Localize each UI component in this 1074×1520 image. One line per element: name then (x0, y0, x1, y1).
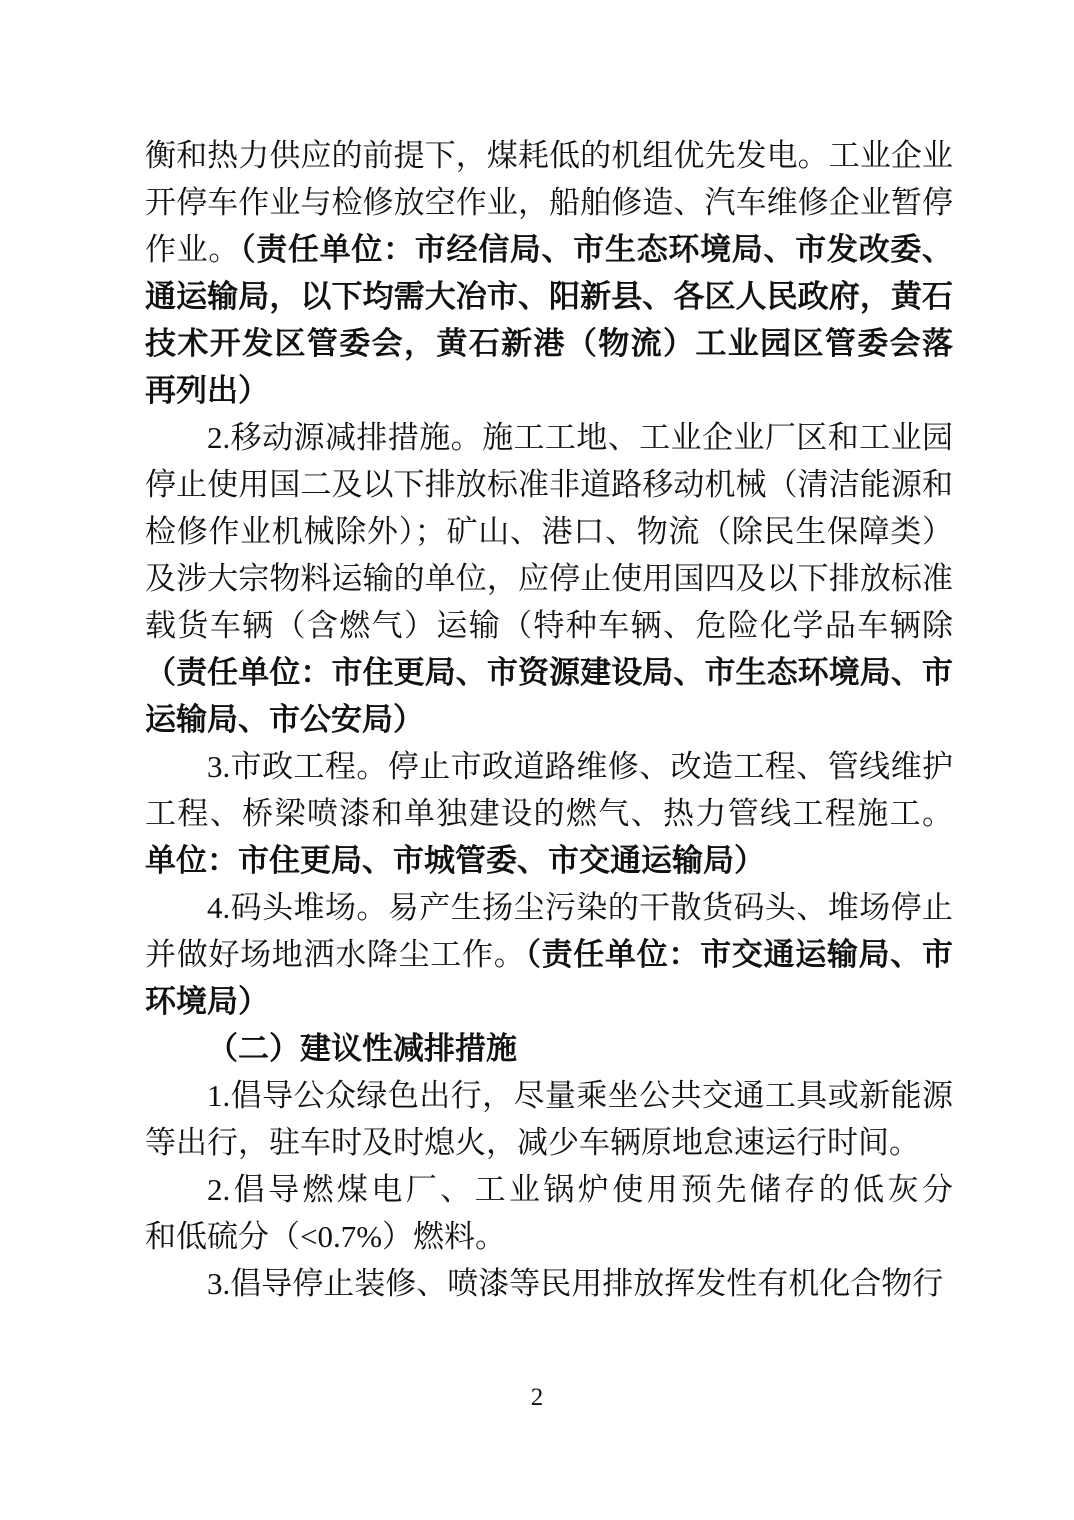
text-line: （责任单位：市住更局、市资源建设局、市生态环境局、市交通 (145, 649, 953, 696)
text-line: 检修作业机械除外）；矿山、港口、物流（除民生保障类）等涉 (145, 508, 953, 555)
text-segment: 作业。 (145, 232, 240, 267)
text-line: 作业。（责任单位：市经信局、市生态环境局、市发改委、市交 (145, 226, 953, 273)
text-segment: 等出行，驻车时及时熄火，减少车辆原地怠速运行时间。 (145, 1125, 920, 1160)
text-segment: （责任单位：市住更局、市资源建设局、市生态环境局、市交通 (145, 655, 953, 696)
text-segment: 及涉大宗物料运输的单位，应停止使用国四及以下排放标准重型 (145, 561, 953, 602)
text-segment: 并做好场地洒水降尘工作。 (145, 937, 525, 972)
text-line: 衡和热力供应的前提下，煤耗低的机组优先发电。工业企业不得 (145, 132, 953, 179)
text-segment: 环境局） (145, 984, 269, 1019)
text-line: 通运输局，以下均需大冶市、阳新县、各区人民政府，黄石经济 (145, 273, 953, 320)
text-segment: 再列出） (145, 373, 269, 408)
text-segment: 工程、桥梁喷漆和单独建设的燃气、热力管线工程施工。 (145, 796, 953, 831)
text-line: 载货车辆（含燃气）运输（特种车辆、危险化学品车辆除外）。 (145, 602, 953, 649)
text-line: 单位：市住更局、市城管委、市交通运输局） (145, 837, 953, 884)
text-line: 技术开发区管委会，黄石新港（物流）工业园区管委会落实，不 (145, 320, 953, 367)
text-segment: 2.倡导燃煤电厂、工业锅炉使用预先储存的低灰分（<15%） (145, 1172, 953, 1213)
text-segment: 单位：市住更局、市城管委、市交通运输局） (145, 843, 765, 878)
text-line: 工程、桥梁喷漆和单独建设的燃气、热力管线工程施工。（责任 (145, 790, 953, 837)
text-line: 1.倡导公众绿色出行，尽量乘坐公共交通工具或新能源汽车 (145, 1072, 953, 1119)
text-segment: 通运输局，以下均需大冶市、阳新县、各区人民政府，黄石经济 (145, 279, 953, 320)
text-segment: 开停车作业与检修放空作业，船舶修造、汽车维修企业暂停喷涂 (145, 185, 953, 226)
text-segment: 和低硫分（<0.7%）燃料。 (145, 1219, 506, 1254)
text-segment: 4.码头堆场。易产生扬尘污染的干散货码头、堆场停止作业， (145, 890, 953, 931)
text-line: 及涉大宗物料运输的单位，应停止使用国四及以下排放标准重型 (145, 555, 953, 602)
text-segment: 停止使用国二及以下排放标准非道路移动机械（清洁能源和紧急 (145, 467, 953, 508)
page-number: 2 (0, 1383, 1074, 1413)
text-line: 运输局、市公安局） (145, 696, 953, 743)
text-line: 环境局） (145, 978, 953, 1025)
text-segment: 2.移动源减排措施。施工工地、工业企业厂区和工业园区应 (145, 420, 953, 461)
text-segment: （二）建议性减排措施 (207, 1031, 517, 1066)
text-line: 3.倡导停止装修、喷漆等民用排放挥发性有机化合物行为。 (145, 1260, 953, 1307)
text-body: 衡和热力供应的前提下，煤耗低的机组优先发电。工业企业不得开停车作业与检修放空作业… (145, 132, 953, 1307)
text-segment: 3.市政工程。停止市政道路维修、改造工程、管线维护维修 (145, 749, 953, 790)
text-line: （二）建议性减排措施 (145, 1025, 953, 1072)
text-segment: 1.倡导公众绿色出行，尽量乘坐公共交通工具或新能源汽车 (145, 1078, 953, 1119)
text-segment: 技术开发区管委会，黄石新港（物流）工业园区管委会落实，不 (145, 326, 953, 367)
text-segment: 衡和热力供应的前提下，煤耗低的机组优先发电。工业企业不得 (145, 138, 953, 179)
text-line: 2.倡导燃煤电厂、工业锅炉使用预先储存的低灰分（<15%） (145, 1166, 953, 1213)
text-line: 并做好场地洒水降尘工作。（责任单位：市交通运输局、市生态 (145, 931, 953, 978)
document-page: 衡和热力供应的前提下，煤耗低的机组优先发电。工业企业不得开停车作业与检修放空作业… (0, 0, 1074, 1520)
text-line: 和低硫分（<0.7%）燃料。 (145, 1213, 953, 1260)
text-line: 开停车作业与检修放空作业，船舶修造、汽车维修企业暂停喷涂 (145, 179, 953, 226)
text-line: 4.码头堆场。易产生扬尘污染的干散货码头、堆场停止作业， (145, 884, 953, 931)
text-segment: 运输局、市公安局） (145, 702, 424, 737)
text-segment: 载货车辆（含燃气）运输（特种车辆、危险化学品车辆除外）。 (145, 608, 953, 649)
text-segment: 检修作业机械除外）；矿山、港口、物流（除民生保障类）等涉 (145, 514, 953, 555)
text-line: 停止使用国二及以下排放标准非道路移动机械（清洁能源和紧急 (145, 461, 953, 508)
text-segment: 3.倡导停止装修、喷漆等民用排放挥发性有机化合物行为。 (145, 1266, 943, 1307)
text-segment: （责任单位：市经信局、市生态环境局、市发改委、市交 (145, 232, 953, 273)
text-line: 3.市政工程。停止市政道路维修、改造工程、管线维护维修 (145, 743, 953, 790)
text-line: 2.移动源减排措施。施工工地、工业企业厂区和工业园区应 (145, 414, 953, 461)
text-line: 等出行，驻车时及时熄火，减少车辆原地怠速运行时间。 (145, 1119, 953, 1166)
text-line: 再列出） (145, 367, 953, 414)
